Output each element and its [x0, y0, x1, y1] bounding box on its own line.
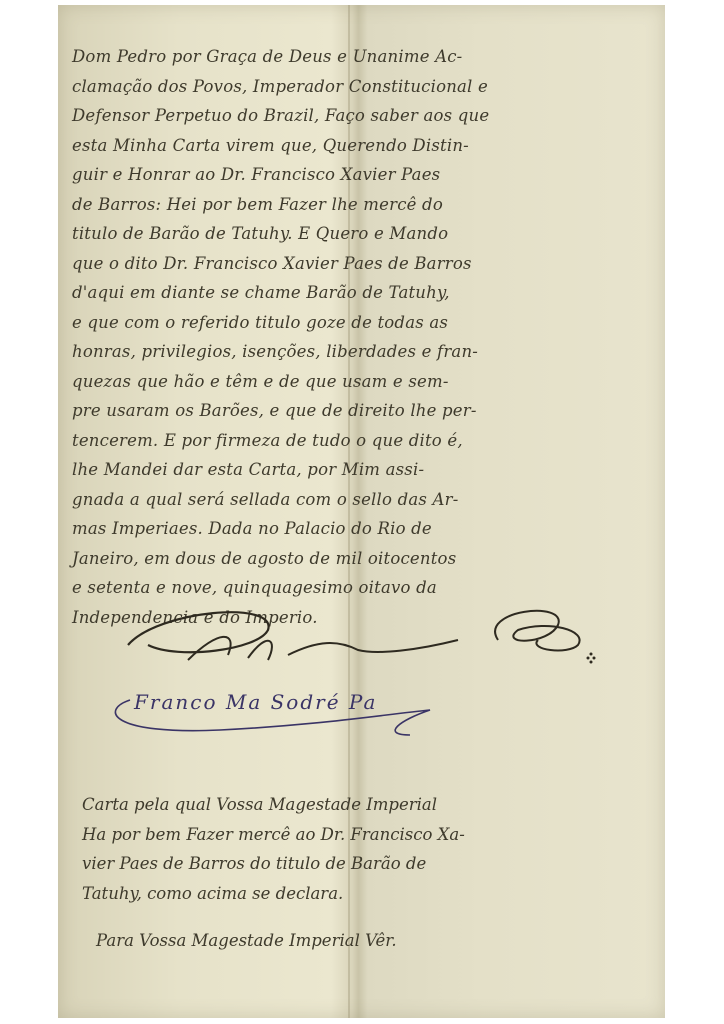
countersign-text: Franco Ma Sodré Pa: [134, 690, 377, 714]
body-line: e que com o referido titulo goze de toda…: [72, 308, 592, 338]
letter-endorsement: Carta pela qual Vossa Magestade Imperial…: [82, 790, 602, 956]
body-line: mas Imperiaes. Dada no Palacio do Rio de: [72, 514, 592, 544]
body-line: esta Minha Carta virem que, Querendo Dis…: [72, 131, 592, 161]
body-line: pre usaram os Barões, e que de direito l…: [72, 396, 592, 426]
body-line: lhe Mandei dar esta Carta, por Mim assi-: [72, 455, 592, 485]
body-line: honras, privilegios, isenções, liberdade…: [72, 337, 592, 367]
body-line: e setenta e nove, quinquagesimo oitavo d…: [72, 573, 592, 603]
body-line: Defensor Perpetuo do Brazil, Faço saber …: [72, 101, 592, 131]
signature-flourish-icon: [118, 600, 598, 680]
footer-line: Carta pela qual Vossa Magestade Imperial: [82, 790, 602, 820]
body-line: Dom Pedro por Graça de Deus e Unanime Ac…: [72, 42, 592, 72]
body-line: que o dito Dr. Francisco Xavier Paes de …: [72, 249, 592, 279]
body-line: de Barros: Hei por bem Fazer lhe mercê d…: [72, 190, 592, 220]
footer-line: Tatuhy, como acima se declara.: [82, 879, 602, 909]
body-line: tencerem. E por firmeza de tudo o que di…: [72, 426, 592, 456]
body-line: d'aqui em diante se chame Barão de Tatuh…: [72, 278, 592, 308]
body-line: clamação dos Povos, Imperador Constituci…: [72, 72, 592, 102]
letter-body: Dom Pedro por Graça de Deus e Unanime Ac…: [72, 42, 592, 632]
footer-line: vier Paes de Barros do titulo de Barão d…: [82, 849, 602, 879]
body-line: gnada a qual será sellada com o sello da…: [72, 485, 592, 515]
closing-line: Para Vossa Magestade Imperial Vêr.: [82, 926, 602, 956]
body-line: quezas que hão e têm e de que usam e sem…: [72, 367, 592, 397]
countersignature: Franco Ma Sodré Pa: [100, 680, 460, 740]
body-line: guir e Honrar ao Dr. Francisco Xavier Pa…: [72, 160, 592, 190]
footer-line: Ha por bem Fazer mercê ao Dr. Francisco …: [82, 820, 602, 850]
imperial-signature: [118, 600, 598, 680]
body-line: titulo de Barão de Tatuhy. E Quero e Man…: [72, 219, 592, 249]
body-line: Janeiro, em dous de agosto de mil oitoce…: [72, 544, 592, 574]
